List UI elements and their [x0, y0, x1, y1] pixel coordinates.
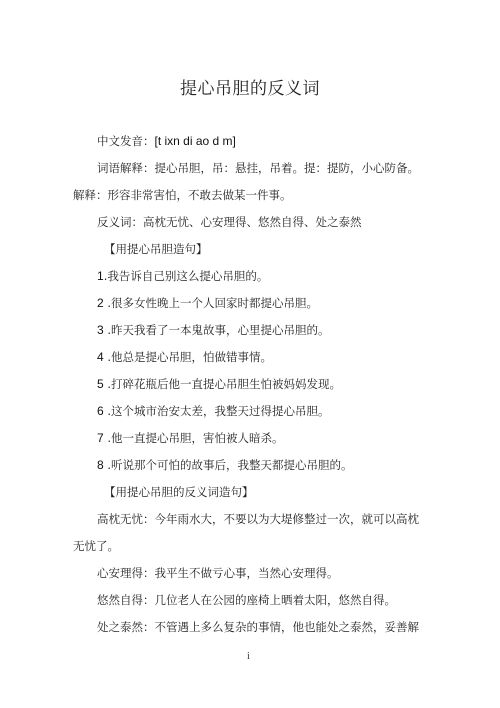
sentence-number: 5 [97, 377, 104, 391]
sentence-item: 8 .听说那个可怕的故事后，我整天都提心吊胆的。 [97, 457, 353, 473]
document-page: 提心吊胆的反义词 中文发音：[t ixn di ao d m] 词语解释：提心吊… [0, 0, 500, 708]
antonym-sentence-continuation: 无忧了。 [73, 538, 119, 554]
sentence-text: .听说那个可怕的故事后，我整天都提心吊胆的。 [104, 458, 353, 472]
sentence-number: 7 [97, 431, 104, 445]
document-title: 提心吊胆的反义词 [0, 74, 500, 99]
sentence-item: 4 .他总是提心吊胆，怕做错事情。 [97, 349, 272, 365]
sentence-number: 3 [97, 323, 104, 337]
sentence-item: 1.我告诉自己别这么提心吊胆的。 [97, 268, 268, 284]
sentence-text: .我告诉自己别这么提心吊胆的。 [104, 269, 269, 283]
sentence-text: .他总是提心吊胆，怕做错事情。 [104, 350, 272, 364]
sentence-number: 2 [97, 296, 104, 310]
sentence-number: 4 [97, 350, 104, 364]
sentence-item: 6 .这个城市治安太差，我整天过得提心吊胆。 [97, 403, 330, 419]
explanation: 解释：形容非常害怕，不敢去做某一件事。 [73, 187, 292, 203]
antonym-sentence: 心安理得：我平生不做亏心事，当然心安理得。 [97, 565, 339, 581]
pronunciation-line: 中文发音：[t ixn di ao d m] [97, 133, 236, 149]
sentence-text: .他一直提心吊胆，害怕被人暗杀。 [104, 431, 284, 445]
pronunciation-value: [t ixn di ao d m] [155, 134, 236, 148]
sentence-item: 7 .他一直提心吊胆，害怕被人暗杀。 [97, 430, 284, 446]
antonym-sentence: 处之泰然：不管遇上多么复杂的事情，他也能处之泰然，妥善解 [97, 619, 419, 635]
section-heading-antonym-sentences: 【用提心吊胆的反义词造句】 [104, 484, 254, 500]
sentence-number: 8 [97, 458, 104, 472]
antonym-sentence: 高枕无忧：今年雨水大，不要以为大堤修整过一次，就可以高枕 [97, 511, 419, 527]
sentence-item: 2 .很多女性晚上一个人回家时都提心吊胆。 [97, 295, 318, 311]
sentence-number: 1 [97, 269, 104, 283]
sentence-text: .打碎花瓶后他一直提心吊胆生怕被妈妈发现。 [104, 377, 341, 391]
section-heading-sentences: 【用提心吊胆造句】 [104, 241, 208, 257]
sentence-text: .昨天我看了一本鬼故事，心里提心吊胆的。 [104, 323, 330, 337]
pronunciation-label: 中文发音： [97, 134, 155, 148]
sentence-number: 6 [97, 404, 104, 418]
page-number: i [247, 651, 250, 662]
sentence-item: 3 .昨天我看了一本鬼故事，心里提心吊胆的。 [97, 322, 330, 338]
sentence-text: .很多女性晚上一个人回家时都提心吊胆。 [104, 296, 318, 310]
sentence-item: 5 .打碎花瓶后他一直提心吊胆生怕被妈妈发现。 [97, 376, 341, 392]
word-explanation: 词语解释：提心吊胆，吊：悬挂，吊着。提：提防，小心防备。 [97, 160, 419, 176]
antonyms-line: 反义词：高枕无忧、心安理得、悠然自得、处之泰然 [97, 214, 362, 230]
sentence-text: .这个城市治安太差，我整天过得提心吊胆。 [104, 404, 330, 418]
antonym-sentence: 悠然自得：几位老人在公园的座椅上晒着太阳，悠然自得。 [97, 592, 396, 608]
